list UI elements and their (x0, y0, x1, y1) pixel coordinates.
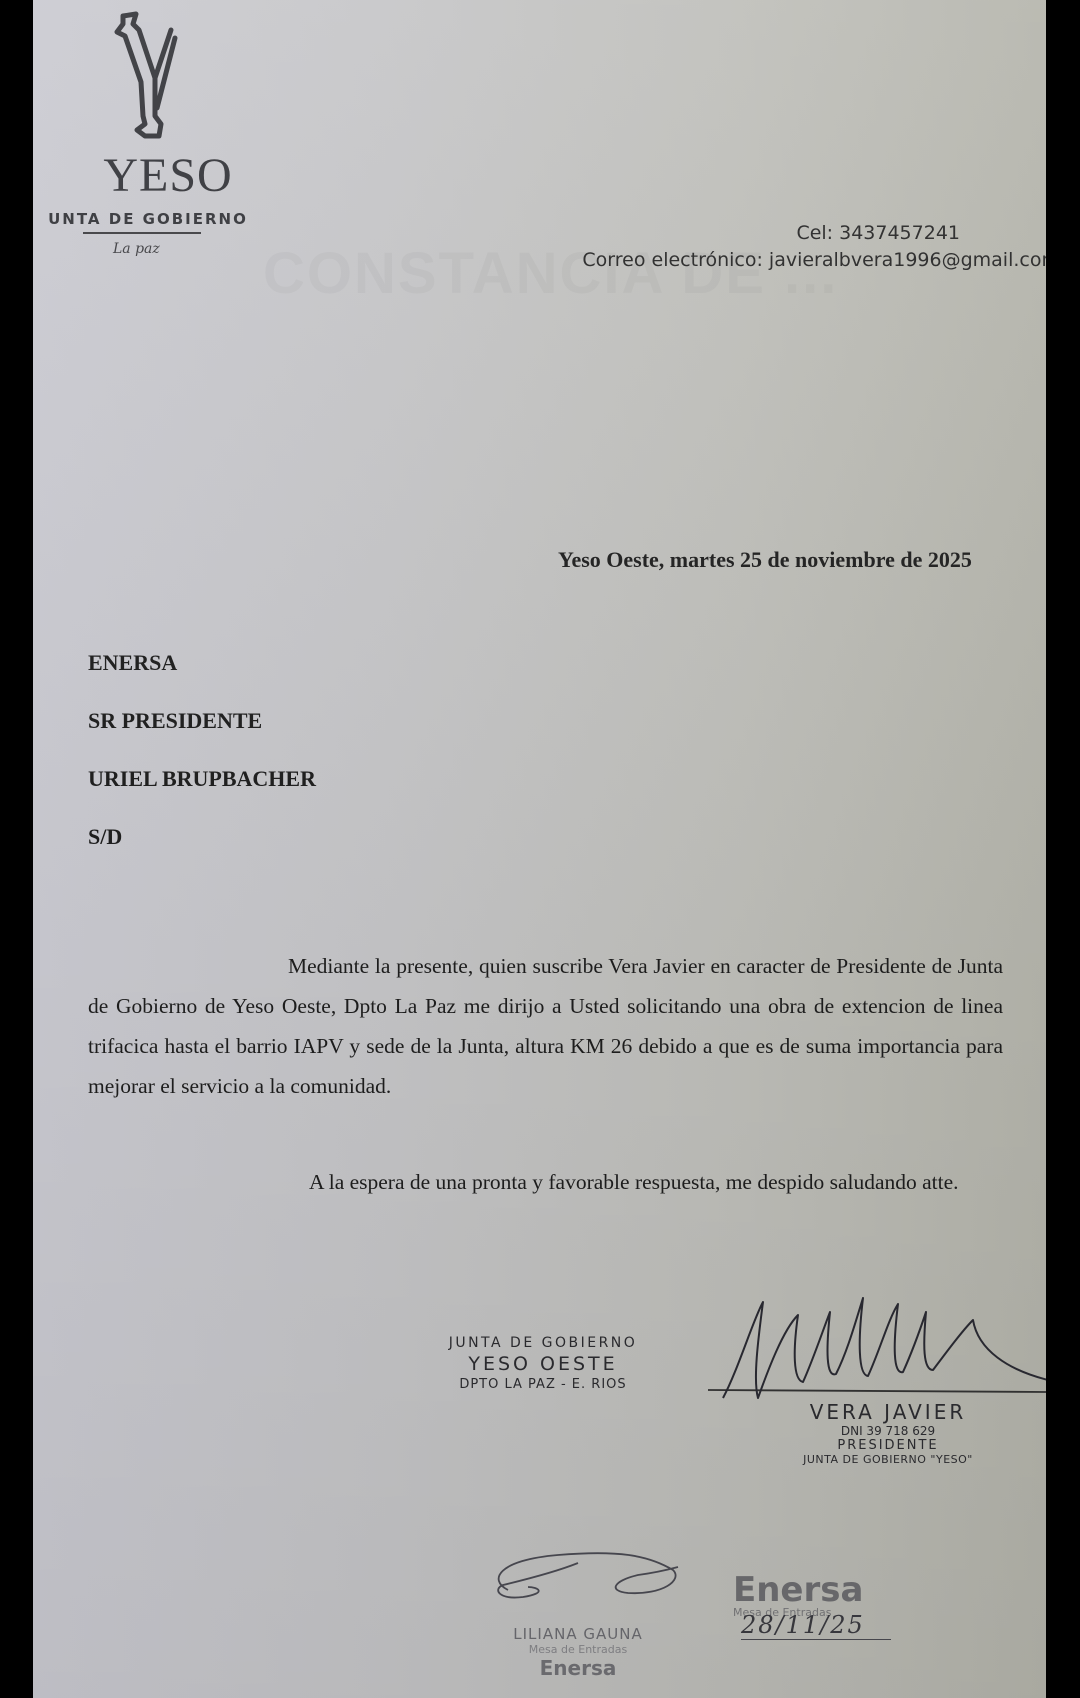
receiver-signature-icon (478, 1545, 698, 1615)
signatory-name: VERA JAVIER (748, 1400, 1028, 1424)
recipient-block: ENERSA SR PRESIDENTE URIEL BRUPBACHER S/… (88, 650, 316, 882)
letter-page: CONSTANCIA DE ... YESO UNTA DE GOBIERNO … (33, 0, 1046, 1698)
receiver-stamp: LILIANA GAUNA Mesa de Entradas Enersa (478, 1545, 698, 1620)
body-paragraph: Mediante la presente, quien suscribe Ver… (88, 946, 1003, 1106)
closing-line: A la espera de una pronta y favorable re… (309, 1170, 959, 1195)
logo-script: La paz (113, 241, 160, 257)
contact-phone: Cel: 3437457241 (582, 220, 1046, 247)
reception-company: Enersa (733, 1570, 933, 1610)
logo-underline (83, 232, 201, 234)
signatory-role: PRESIDENTE (748, 1438, 1028, 1453)
junta-stamp-line2: YESO OESTE (428, 1353, 658, 1375)
receiver-desk: Mesa de Entradas (478, 1643, 678, 1656)
recipient-title: SR PRESIDENTE (88, 708, 316, 766)
y-monogram-icon (93, 8, 203, 143)
junta-stamp-line3: DPTO LA PAZ - E. RIOS (428, 1377, 658, 1392)
recipient-name: URIEL BRUPBACHER (88, 766, 316, 824)
junta-stamp: JUNTA DE GOBIERNO YESO OESTE DPTO LA PAZ… (428, 1335, 658, 1392)
receiver-company: Enersa (478, 1656, 678, 1680)
letterhead-logo: YESO UNTA DE GOBIERNO La paz (33, 8, 263, 143)
logo-subtitle: UNTA DE GOBIERNO (33, 210, 263, 228)
logo-wordmark: YESO (73, 148, 263, 203)
body-text: Mediante la presente, quien suscribe Ver… (88, 954, 1003, 1098)
signatory-dni: DNI 39 718 629 (748, 1424, 1028, 1438)
reception-date: 28/11/25 (741, 1611, 891, 1640)
receiver-name: LILIANA GAUNA (478, 1625, 678, 1643)
signatory-org: JUNTA DE GOBIERNO "YESO" (748, 1453, 1028, 1466)
contact-email: Correo electrónico: javieralbvera1996@gm… (582, 247, 1046, 274)
date-line: Yeso Oeste, martes 25 de noviembre de 20… (558, 547, 972, 573)
reception-stamp: Enersa Mesa de Entradas 28/11/25 (733, 1570, 933, 1640)
contact-info: Cel: 3437457241 Correo electrónico: javi… (582, 220, 1046, 274)
junta-stamp-line1: JUNTA DE GOBIERNO (428, 1335, 658, 1351)
signatory-stamp: VERA JAVIER DNI 39 718 629 PRESIDENTE JU… (748, 1400, 1028, 1466)
recipient-sd: S/D (88, 824, 316, 882)
signature-scribble-icon (708, 1290, 1046, 1405)
recipient-company: ENERSA (88, 650, 316, 708)
